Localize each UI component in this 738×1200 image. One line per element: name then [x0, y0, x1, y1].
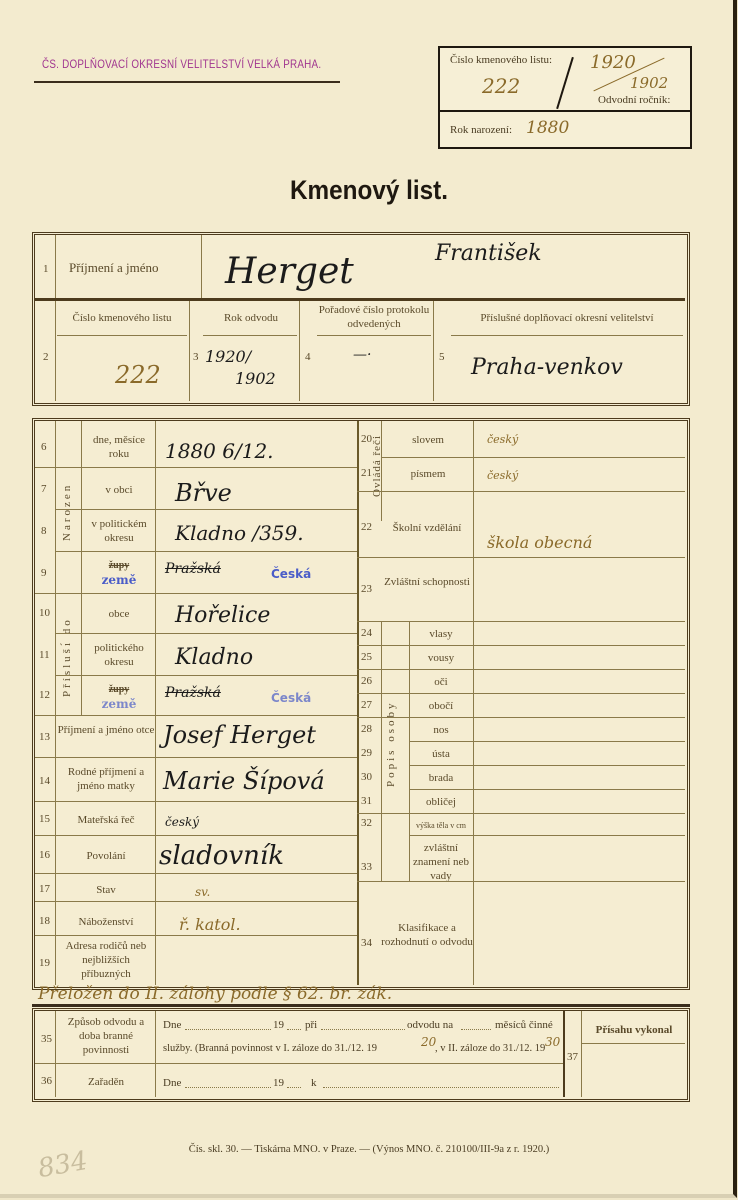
divider — [581, 1011, 582, 1097]
handwritten-annotation: Přeložen do II. zálohy podle § 62. br. z… — [38, 984, 392, 1004]
divider — [35, 801, 357, 802]
assigned-unit-field[interactable] — [323, 1087, 559, 1088]
domicile-district-value: Kladno — [175, 645, 253, 670]
divider — [357, 669, 685, 670]
active-months-label: měsíců činné — [495, 1019, 553, 1031]
row-number: 15 — [39, 813, 50, 825]
divider — [35, 1063, 563, 1064]
divider — [35, 715, 357, 716]
col-register-label: Číslo kmenového listu — [57, 311, 187, 325]
register-number-label: Číslo kmenového listu: — [450, 54, 552, 66]
mother-label: Rodné příjmení a jméno matky — [57, 765, 155, 793]
county-label-struck: župy — [83, 559, 155, 573]
divider — [409, 741, 685, 742]
nose-label: nos — [409, 723, 473, 737]
birth-place-value: Břve — [175, 479, 232, 507]
birth-district-label: v politickém okresu — [83, 517, 155, 545]
birth-place-label: v obci — [83, 483, 155, 497]
row-number: 36 — [41, 1075, 52, 1087]
divider — [35, 935, 357, 936]
row-number: 20 — [361, 433, 372, 445]
row-number: 10 — [39, 607, 50, 619]
draft-year-upper: 1920/ — [205, 347, 251, 366]
county-value-struck: Pražská — [165, 561, 221, 577]
row-number: 14 — [39, 775, 50, 787]
date-field[interactable] — [185, 1029, 271, 1030]
date-label: Dne — [163, 1077, 181, 1089]
divider — [357, 717, 685, 718]
divider — [357, 813, 685, 814]
divider — [35, 901, 357, 902]
distinguishing-marks-label: zvláštní znamení neb vady — [409, 841, 473, 883]
occupation-label: Povolání — [57, 849, 155, 863]
divider — [381, 457, 685, 458]
months-field[interactable] — [461, 1029, 491, 1030]
row-number: 12 — [39, 689, 50, 701]
divider — [55, 509, 357, 510]
occupation-value: sladovník — [159, 841, 284, 871]
service-section: 35 Způsob odvodu a doba branné povinnost… — [32, 1008, 690, 1102]
row-number: 9 — [41, 567, 47, 579]
row-number: 8 — [41, 525, 47, 537]
draft-year-lower: 1902 — [235, 369, 276, 388]
header-section: 1 Příjmení a jméno Herget František Čísl… — [32, 232, 690, 406]
spoken-value: český — [487, 433, 518, 446]
row-number: 33 — [361, 861, 372, 873]
divider — [409, 789, 685, 790]
group-label-belongs: Příslušı́ do — [61, 617, 73, 697]
page-title: Kmenový list. — [37, 175, 701, 206]
birth-date-label: dne, měsíce roku — [83, 433, 155, 461]
divider — [203, 335, 297, 336]
divider — [55, 675, 357, 676]
draft-for-label: odvodu na — [407, 1019, 453, 1031]
register-number-box: Číslo kmenového listu: 222 1920 1902 Odv… — [438, 46, 692, 149]
row-number: 18 — [39, 915, 50, 927]
col-draft-year-label: Rok odvodu — [203, 311, 299, 325]
draft-year-label: Odvodní ročník: — [598, 94, 670, 106]
mother-tongue-label: Mateřská řeč — [57, 813, 155, 827]
row-number: 28 — [361, 723, 372, 735]
row-number: 7 — [41, 483, 47, 495]
height-label: výška těla v cm — [409, 819, 473, 833]
row-number: 35 — [41, 1033, 52, 1045]
date-label: Dne — [163, 1019, 181, 1031]
row-number: 21 — [361, 467, 372, 479]
domicile-label: obce — [83, 607, 155, 621]
row-number: 26 — [361, 675, 372, 687]
row-number: 6 — [41, 441, 47, 453]
divider — [55, 551, 357, 552]
obligation-text-2: , v II. záloze do 31./12. 19 — [435, 1043, 545, 1054]
divider — [581, 1043, 685, 1044]
hair-label: vlasy — [409, 627, 473, 641]
personal-data-section: Narozen Příslušı́ do 6 dne, měsíce roku … — [32, 418, 690, 990]
father-value: Josef Herget — [163, 721, 316, 749]
row-number: 19 — [39, 957, 50, 969]
col-protocol-label: Pořadové číslo protokolu odvedených — [317, 303, 431, 331]
draft-method-label: Způsob odvodu a doba branné povinnosti — [57, 1015, 155, 1057]
row-number: 22 — [361, 521, 372, 533]
firstname-value: František — [435, 241, 542, 266]
mouth-label: ústa — [409, 747, 473, 761]
divider — [32, 1004, 690, 1007]
at-label: při — [305, 1019, 317, 1031]
divider — [357, 693, 685, 694]
eyebrows-label: obočí — [409, 699, 473, 713]
education-label: Školní vzdělání — [381, 521, 473, 535]
assigned-label: Zařaděn — [57, 1075, 155, 1089]
row-number: 13 — [39, 731, 50, 743]
religion-label: Náboženství — [57, 915, 155, 929]
stamp-underline — [34, 81, 340, 83]
divider — [409, 835, 685, 836]
divider — [357, 557, 685, 558]
reserve1-year: 20 — [421, 1035, 436, 1049]
protocol-number-value: —· — [353, 347, 371, 363]
divider — [81, 421, 82, 715]
row-number: 29 — [361, 747, 372, 759]
divider — [55, 633, 357, 634]
birth-district-value: Kladno /359. — [175, 521, 304, 545]
mother-tongue-value: český — [165, 815, 199, 829]
row-number: 3 — [193, 351, 199, 363]
divider — [57, 335, 187, 336]
land-value: Česká — [271, 567, 311, 581]
register-number-value: 222 — [482, 74, 520, 98]
divider — [381, 621, 382, 881]
name-label: Příjmení a jméno — [69, 261, 159, 275]
row-number: 31 — [361, 795, 372, 807]
row-number: 25 — [361, 651, 372, 663]
divider — [55, 235, 56, 401]
row-number: 17 — [39, 883, 50, 895]
divider — [35, 873, 357, 874]
row-number: 11 — [39, 649, 50, 661]
divider — [409, 765, 685, 766]
divider — [35, 835, 357, 836]
assigned-year-field[interactable] — [287, 1087, 301, 1088]
divider — [35, 757, 357, 758]
draft-year-lower: 1902 — [630, 74, 668, 92]
face-label: obličej — [409, 795, 473, 809]
land-label: země — [83, 573, 155, 587]
religion-value: ř. katol. — [179, 915, 241, 934]
divider — [317, 335, 431, 336]
classification-label: Klasifikace a rozhodnutí o odvodu — [381, 921, 473, 949]
divider — [189, 301, 190, 401]
row-number: 2 — [43, 351, 49, 363]
birth-year-label: Rok narození: — [450, 124, 512, 136]
divider — [35, 298, 685, 301]
divider — [35, 467, 357, 468]
chin-label: brada — [409, 771, 473, 785]
reserve2-year: 30 — [545, 1035, 560, 1049]
row-number: 37 — [567, 1051, 578, 1063]
row-number: 32 — [361, 817, 372, 829]
obligation-text-1: služby. (Branná povinnost v I. záloze do… — [163, 1043, 377, 1054]
assigned-date-field[interactable] — [185, 1087, 271, 1088]
register-number-value: 222 — [115, 361, 161, 389]
box-divider — [440, 110, 690, 112]
beard-label: vousy — [409, 651, 473, 665]
education-value: škola obecná — [487, 533, 592, 552]
father-label: Příjmení a jméno otce — [57, 723, 155, 737]
row-number: 27 — [361, 699, 372, 711]
divider — [563, 1011, 565, 1097]
divider — [357, 645, 685, 646]
divider — [201, 235, 202, 298]
birth-date-value: 1880 6/12. — [165, 439, 274, 463]
document-page: ČS. DOPLŇOVACÍ OKRESNÍ VELITELSTVÍ VELKÁ… — [0, 0, 737, 1198]
divider — [433, 301, 434, 401]
written-label: písmem — [383, 467, 473, 481]
divider — [357, 621, 685, 622]
command-value: Praha-venkov — [471, 355, 623, 380]
county-label-struck: župy — [83, 683, 155, 697]
domicile-value: Hořelice — [175, 603, 270, 628]
group-label-description: Popis osoby — [385, 707, 397, 787]
row-number: 16 — [39, 849, 50, 861]
year-prefix: 19 — [273, 1077, 284, 1089]
row-number: 4 — [305, 351, 311, 363]
draft-year-upper: 1920 — [590, 52, 636, 73]
row-number: 5 — [439, 351, 445, 363]
to-label: k — [311, 1077, 317, 1089]
divider — [357, 491, 685, 492]
special-skills-label: Zvláštní schopnosti — [381, 575, 473, 589]
row-number: 34 — [361, 937, 372, 949]
spoken-label: slovem — [383, 433, 473, 447]
row-number: 24 — [361, 627, 372, 639]
divider — [155, 1011, 156, 1097]
slash-divider — [556, 57, 574, 109]
divider — [55, 1011, 56, 1097]
written-value: český — [487, 469, 518, 482]
birth-year-value: 1880 — [526, 118, 569, 138]
group-label-born: Narozen — [61, 481, 73, 541]
divider — [357, 421, 359, 985]
county-value-struck: Pražská — [165, 685, 221, 701]
row-number: 1 — [43, 263, 49, 275]
divider — [473, 421, 474, 985]
year-prefix: 19 — [273, 1019, 284, 1031]
divider — [35, 593, 357, 594]
marital-status-value: sv. — [195, 885, 210, 899]
divider — [357, 881, 685, 882]
year-field[interactable] — [287, 1029, 301, 1030]
divider — [451, 335, 683, 336]
domicile-district-label: politického okresu — [83, 641, 155, 669]
mother-value: Marie Šípová — [163, 767, 325, 795]
eyes-label: oči — [409, 675, 473, 689]
col-command-label: Příslušné doplňovací okresní velitelství — [451, 311, 683, 325]
row-number: 23 — [361, 583, 372, 595]
office-stamp: ČS. DOPLŇOVACÍ OKRESNÍ VELITELSTVÍ VELKÁ… — [42, 57, 321, 71]
surname-value: Herget — [225, 251, 354, 292]
land-label: země — [83, 697, 155, 711]
land-value: Česká — [271, 691, 311, 705]
divider — [299, 301, 300, 401]
print-footer: Čís. skl. 30. — Tiskárna MNO. v Praze. —… — [0, 1144, 738, 1155]
oath-label: Přísahu vykonal — [583, 1023, 685, 1037]
draft-type-field[interactable] — [321, 1029, 405, 1030]
parents-address-label: Adresa rodičů neb nejbližších příbuzných — [57, 939, 155, 981]
marital-status-label: Stav — [57, 883, 155, 897]
row-number: 30 — [361, 771, 372, 783]
